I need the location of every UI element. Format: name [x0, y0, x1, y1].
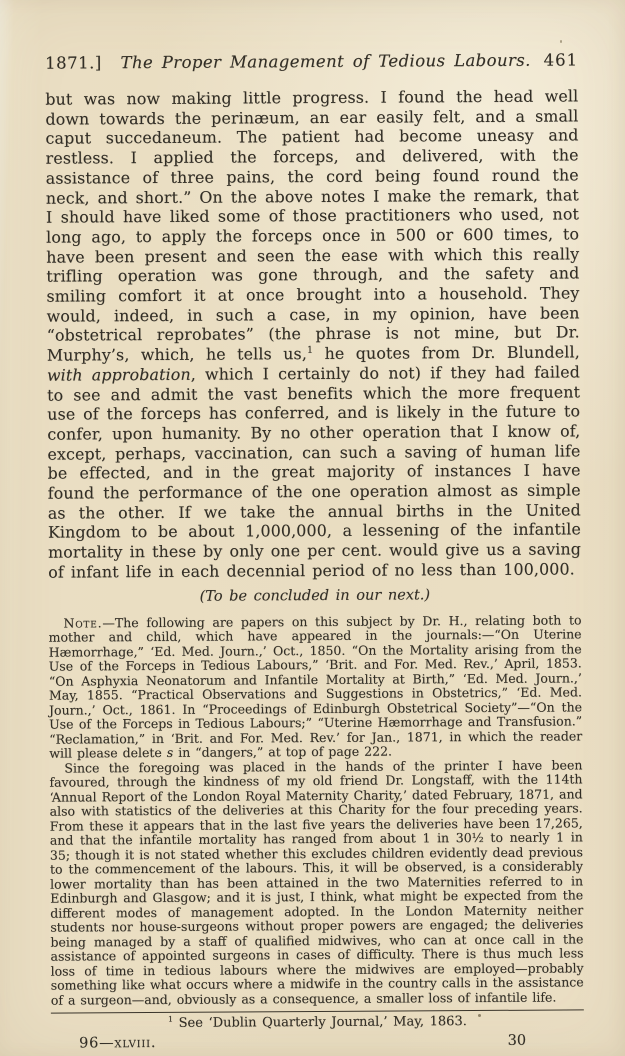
body-paragraph: but was now making little progress. I fo…: [45, 86, 581, 582]
body-text-part-3: , which I certainly do not) if they had …: [47, 362, 581, 581]
header-page-number: 461: [543, 50, 578, 69]
page-title: The Proper Management of Tedious Labours…: [102, 51, 544, 73]
note-section: Note.—The following are papers on this s…: [48, 613, 583, 1008]
scanned-journal-page: 1871.] The Proper Management of Tedious …: [0, 0, 625, 1056]
header-year: 1871.]: [45, 53, 102, 72]
body-text-part-2: he quotes from Dr. Blundell,: [313, 343, 580, 364]
note-paragraph-2: Since the foregoing was placed in the ha…: [49, 758, 583, 1008]
note-text-part-1: —The following are papers on this subjec…: [49, 612, 583, 761]
footer-signature: 96—xlviii.: [79, 1035, 156, 1051]
continuation-notice: (To be concluded in our next.): [48, 586, 581, 605]
page-header: 1871.] The Proper Management of Tedious …: [45, 50, 578, 72]
page-footer: 96—xlviii. 30: [51, 1032, 584, 1051]
note-paragraph-1: Note.—The following are papers on this s…: [48, 613, 582, 761]
body-text-part-1: but was now making little progress. I fo…: [45, 86, 580, 364]
note-label: Note.: [63, 615, 102, 630]
page-content: 1871.] The Proper Management of Tedious …: [45, 50, 584, 1051]
footer-page-number: 30: [508, 1033, 527, 1049]
footnote: 1 See ‘Dublin Quarterly Journal,’ May, 1…: [51, 1013, 584, 1031]
note-text-part-3: Since the foregoing was placed in the ha…: [49, 757, 583, 1007]
paper-speck: [478, 1014, 481, 1017]
paper-speck: [160, 985, 162, 987]
footnote-text: See ‘Dublin Quarterly Journal,’ May, 186…: [173, 1014, 467, 1031]
paper-speck: [296, 690, 298, 692]
paper-speck: [560, 40, 562, 43]
body-italic-phrase: with approbation: [47, 365, 191, 385]
